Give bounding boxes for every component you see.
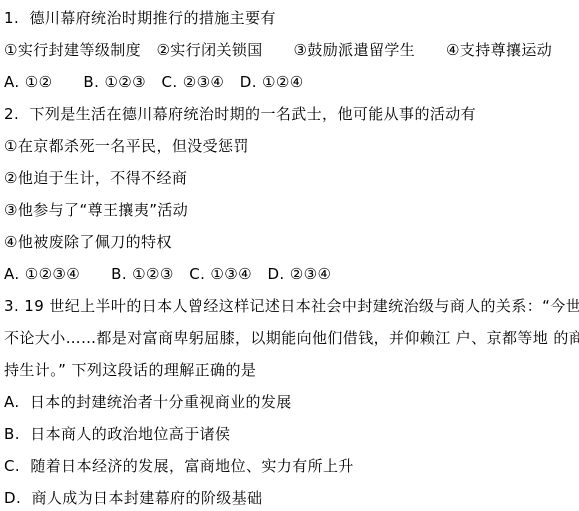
question-2-item-4: ④他被废除了佩刀的特权 [4, 226, 579, 258]
question-3-stem-line-2: 不论大小……都是对富商卑躬屈膝，以期能向他们借钱，并仰赖江 户、京都等地 的商人… [4, 322, 579, 354]
question-3-option-c: C. 随着日本经济的发展，富商地位、实力有所上升 [4, 450, 579, 482]
question-2-item-3: ③他参与了“尊王攘夷”活动 [4, 194, 579, 226]
question-3-option-d: D. 商人成为日本封建幕府的阶级基础 [4, 482, 579, 511]
question-2: 2. 下列是生活在德川幕府统治时期的一名武士，他可能从事的活动有 ①在京都杀死一… [4, 98, 579, 290]
question-1: 1. 德川幕府统治时期推行的措施主要有 ①实行封建等级制度 ②实行闭关锁国 ③鼓… [4, 2, 579, 98]
question-1-items: ①实行封建等级制度 ②实行闭关锁国 ③鼓励派遣留学生 ④支持尊攘运动 [4, 34, 579, 66]
exam-document: 1. 德川幕府统治时期推行的措施主要有 ①实行封建等级制度 ②实行闭关锁国 ③鼓… [0, 0, 579, 511]
question-3-stem-line-3: 持生计。” 下列这段话的理解正确的是 [4, 354, 579, 386]
question-1-choices: A. ①② B. ①②③ C. ②③④ D. ①②④ [4, 66, 579, 98]
question-2-item-2: ②他迫于生计，不得不经商 [4, 162, 579, 194]
question-3: 3. 19 世纪上半叶的日本人曾经这样记述日本社会中封建统治级与商人的关系：“今… [4, 290, 579, 511]
question-2-choices: A. ①②③④ B. ①②③ C. ①③④ D. ②③④ [4, 258, 579, 290]
question-1-stem: 1. 德川幕府统治时期推行的措施主要有 [4, 2, 579, 34]
question-3-stem-line-1: 3. 19 世纪上半叶的日本人曾经这样记述日本社会中封建统治级与商人的关系：“今… [4, 290, 579, 322]
question-2-item-1: ①在京都杀死一名平民，但没受惩罚 [4, 130, 579, 162]
question-2-stem: 2. 下列是生活在德川幕府统治时期的一名武士，他可能从事的活动有 [4, 98, 579, 130]
question-3-option-b: B. 日本商人的政治地位高于诸侯 [4, 418, 579, 450]
question-3-option-a: A. 日本的封建统治者十分重视商业的发展 [4, 386, 579, 418]
